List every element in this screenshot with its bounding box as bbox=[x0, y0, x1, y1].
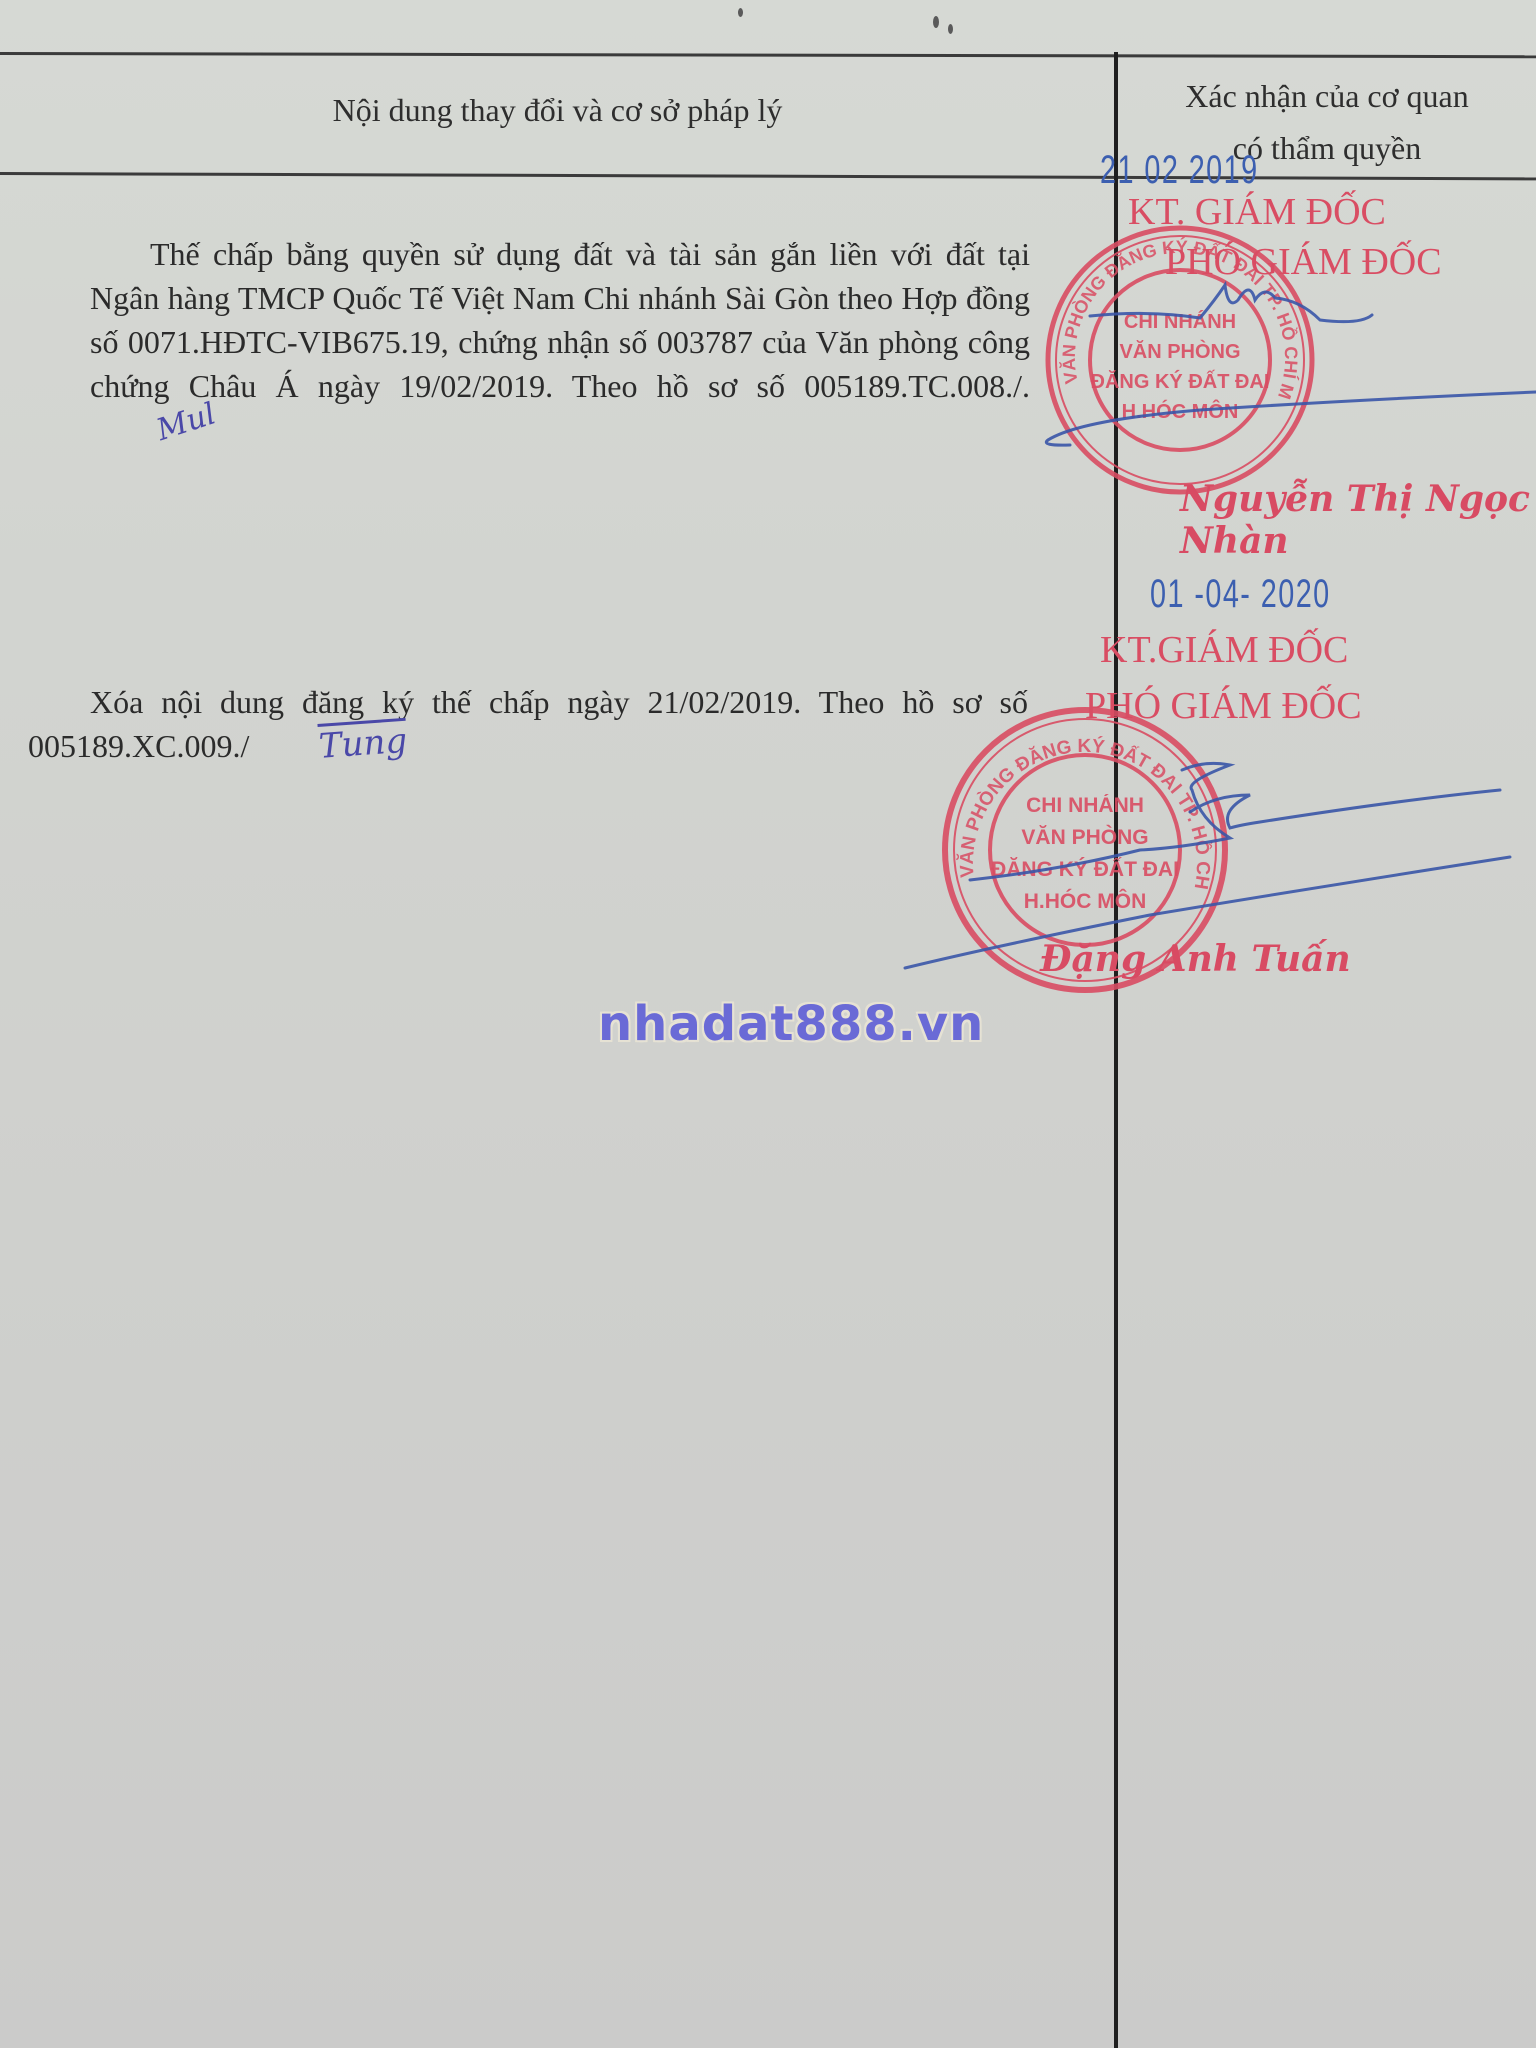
entry-text: Thế chấp bằng quyền sử dụng đất và tài s… bbox=[90, 236, 1030, 404]
seal-line: H.HÓC MÔN bbox=[1024, 889, 1147, 913]
signer-title-line2: PHÓ GIÁM ĐỐC bbox=[1085, 680, 1362, 732]
watermark-logo: nhadat888.vn bbox=[598, 996, 984, 1052]
signer-title-line1: KT.GIÁM ĐỐC bbox=[1100, 624, 1348, 676]
paper-speck bbox=[948, 24, 953, 34]
column-header-changes: Nội dung thay đổi và cơ sở pháp lý bbox=[0, 92, 1115, 129]
officer-initials: Tung bbox=[256, 719, 409, 773]
column-header-confirmation-line1: Xác nhận của cơ quan bbox=[1118, 70, 1536, 122]
document-page: Nội dung thay đổi và cơ sở pháp lý Xác n… bbox=[0, 0, 1536, 2048]
seal-line: ĐĂNG KÝ ĐẤT ĐAI bbox=[1091, 369, 1270, 393]
paper-speck bbox=[933, 16, 939, 28]
paper-speck bbox=[738, 8, 743, 17]
seal-line: CHI NHÁNH bbox=[1124, 310, 1236, 333]
seal-line: VĂN PHÒNG bbox=[1021, 825, 1148, 849]
seal-line: VĂN PHÒNG bbox=[1119, 339, 1240, 363]
signer-name: Đặng Anh Tuấn bbox=[1040, 938, 1351, 980]
signer-name: Nguyễn Thị Ngọc Nhàn bbox=[1180, 478, 1536, 562]
signer-title-line1: KT. GIÁM ĐỐC bbox=[1128, 186, 1386, 238]
signature-stroke bbox=[1190, 790, 1500, 828]
seal-line: H.HÓC MÔN bbox=[1122, 399, 1239, 423]
entry-mortgage-deletion: Xóa nội dung đăng ký thế chấp ngày 21/02… bbox=[28, 680, 1028, 768]
officer-initials: Mul bbox=[94, 393, 221, 472]
entry-mortgage-registration: Thế chấp bằng quyền sử dụng đất và tài s… bbox=[90, 232, 1030, 454]
seal-line: CHI NHÁNH bbox=[1026, 794, 1144, 817]
table-top-rule bbox=[0, 52, 1536, 58]
entry-text: Xóa nội dung đăng ký thế chấp ngày 21/02… bbox=[28, 684, 1028, 764]
seal-line: ĐĂNG KÝ ĐẤT ĐAI bbox=[991, 857, 1179, 881]
signer-title-line2: PHÓ GIÁM ĐỐC bbox=[1165, 236, 1442, 288]
date-stamp: 01 -04- 2020 bbox=[1150, 572, 1331, 617]
